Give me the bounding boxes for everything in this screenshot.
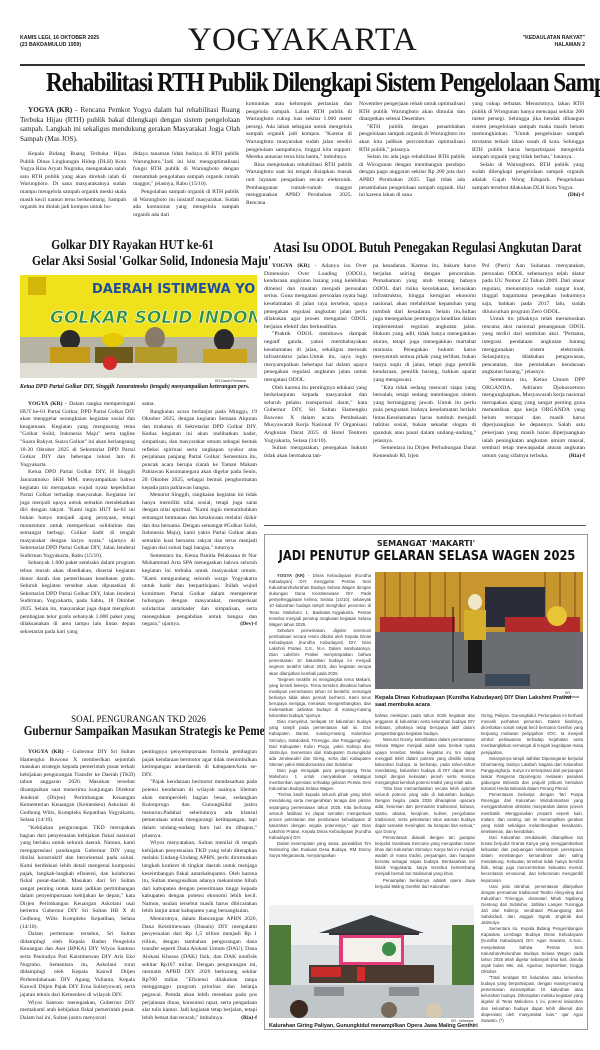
paragraph: Pol (Purn) Aan Suhanan menyatakan, perso… [482, 263, 585, 316]
paragraph: Sementara itu, Ketua Umum DPP ORGANDA, A… [482, 377, 585, 461]
main-headline: Rehabilitasi RTH Publik Dilengkapi Siste… [46, 67, 600, 98]
paragraph: Selain itu ada juga rehabilitasi RTH pub… [359, 154, 465, 200]
paragraph: "Kita bisa memanfaatkan secara lebih opt… [375, 786, 475, 835]
paragraph: Menurutnya, dalam Rancangan APBN 2026, D… [142, 916, 257, 1022]
paragraph-text: - Adanya isu Over Dimension Over Loading… [264, 263, 367, 330]
paragraph: Rina menjelaskan rehabilitasi RTH publik… [246, 162, 352, 208]
makarti-advertorial-box: SEMANGAT 'MAKARTI' JADI PENUTUP GELARAN … [264, 534, 588, 1030]
golkar-photo: DAERAH ISTIMEWA YO GOLKAR SOLID INDONES [20, 275, 257, 378]
paper-name: "KEDAULATAN RAKYAT" [523, 35, 585, 42]
tkd-col-1: YOGYA (KR) - Gubernur DIY Sri Sultan Ham… [20, 749, 135, 1022]
tkd-headline: Gubernur Sampaikan Masukan Strategis ke … [24, 724, 254, 740]
dateline: YOGYA (KR) [272, 263, 310, 269]
paragraph: "RTH publik dengan penambahan pengelolaa… [359, 124, 465, 154]
main-col-1: Kepala Bidang Ruang Terbuka Hijau Publik… [20, 151, 126, 212]
main-col-2: didaya tanaman lidah budaya di RTH publi… [133, 151, 239, 219]
tkd-kicker: SOAL PENGURANGAN TKD 2026 [20, 714, 257, 724]
odol-col-2: pa kesadaran. Karena itu, hukum harus be… [373, 263, 476, 460]
paragraph: Rangkaian acara berlanjut pada Minggu, 1… [142, 409, 257, 493]
section-title: YOGYAKARTA [20, 22, 585, 58]
author-sign: (Dev)-f [232, 621, 257, 629]
makarti-kicker: SEMANGAT 'MAKARTI' [265, 539, 587, 548]
paragraph: "Kita tidak sedang mencari siapa yang be… [373, 385, 476, 446]
svg-text:DAERAH ISTIMEWA YO: DAERAH ISTIMEWA YO [92, 282, 255, 297]
author-sign: (Ria)-f [233, 1015, 257, 1023]
dateline: YOGYA (KR) [28, 749, 64, 755]
paragraph: Pementasan berlanjut dengan Tari Puspa R… [481, 792, 583, 835]
speech-stage-image [375, 572, 583, 689]
dateline: YOGYA (KR) [28, 106, 72, 114]
paragraph: November pengerjaan rehab untuk optimali… [359, 101, 465, 124]
dateline: YOGYA (KR) [277, 573, 304, 578]
paragraph: Sementara itu, Ketua Panitia Pelaksana d… [142, 553, 257, 629]
paragraph: Sementara itu Dirjen Perhubungan Darat K… [373, 445, 476, 460]
paragraph-text: Sementara itu, Ketua Umum DPP ORGANDA, A… [482, 377, 585, 459]
paragraph-text: - Gubernur DIY Sri Sultan Hamengku Buwon… [20, 749, 135, 823]
paragraph: Dari Kalurahan Jerukwudel, ditampilkan t… [481, 835, 583, 884]
makarti-col-3: Giring, Paliyan, Gunungkidul. Pertunjuka… [481, 713, 583, 1024]
photo-caption: Kepala Dinas Kebudayaan (Kundha Kabudaya… [375, 695, 583, 709]
section-divider [264, 525, 586, 526]
paragraph: Menurut Singgih, rangkaian kegiatan ini … [142, 492, 257, 553]
paragraph: Wiyos menyatakan, Sultan menilai di teng… [142, 840, 257, 916]
paragraph-text: Selain di Warungboto, RTH publik yang su… [472, 162, 584, 191]
tkd-col-2: pentingnya penyempurnaan formula pembagi… [142, 749, 257, 1022]
paragraph: Sebelum pementasan, digelar seremoni pem… [269, 628, 371, 677]
svg-text:GOLKAR SOLID INDONES: GOLKAR SOLID INDONES [50, 308, 257, 328]
headline-line: Gelar Aksi Sosial 'Golkar Solid, Indones… [32, 254, 233, 270]
press-conference-image: DAERAH ISTIMEWA YO GOLKAR SOLID INDONES [20, 275, 257, 378]
paragraph: Wiyos Santoso menegaskan, Gubernur DIY m… [20, 1000, 135, 1023]
paragraph: "Segmen terakhir ini mengangkat tema Mak… [269, 677, 371, 720]
paragraph: Dalam kesempatan yang sama, perwakilan T… [269, 841, 371, 859]
paragraph: pentingnya penyempurnaan formula pembagi… [142, 749, 257, 779]
paragraph: bahwa meskipun pada tahun 2025 kegiatan … [375, 713, 475, 737]
paragraph: Oleh karena itu pentingnya edukasi yang … [264, 385, 367, 446]
golkar-col-2: sama. Rangkaian acara berlanjut pada Min… [142, 401, 257, 629]
dateline: YOGYA (KR) [28, 401, 62, 407]
paragraph-text: Sementara itu, Ketua Panitia Pelaksana d… [142, 553, 257, 627]
paragraph: "Terima kasih kepada seluruh pihak yang … [269, 792, 371, 841]
golkar-col-1: YOGYA (KR) - Dalam rangka memperingati H… [20, 401, 135, 636]
opera-stage-image [269, 905, 474, 1018]
paragraph: "Pajak kendaraan bermotor mendasarkan pa… [142, 779, 257, 840]
paragraph-text: Menurutnya, dalam Rancangan APBN 2026, D… [142, 916, 257, 1021]
makarti-headline: JADI PENUTUP GELARAN SELASA WAGEN 2025 [267, 549, 587, 564]
photo-caption: Ketua DPD Partai Golkar DIY, Singgih Jan… [20, 384, 257, 391]
paragraph: "Praktik ODOL membawa dampak negatif gan… [264, 331, 367, 384]
paragraph-text: - Dalam rangka memperingati HUT ke-61 Pa… [20, 401, 135, 468]
paragraph: komunitas atau kelompok pertanian dan pe… [246, 101, 352, 162]
page-number: HALAMAN 2 [523, 42, 585, 49]
paragraph: Dian menyebut, terdapat 10 kalurahan bud… [269, 719, 371, 768]
paragraph: Dian juga mengajak para pengunjung Teras… [269, 768, 371, 792]
main-col-4: November pengerjaan rehab untuk optimali… [359, 101, 465, 200]
paragraph: Pengolahan sampah organik di RTH publik … [133, 189, 239, 219]
golkar-headline: Golkar DIY Rayakan HUT ke-61 Gelar Aksi … [32, 238, 233, 270]
paragraph: Sementara itu, Kepala Bidang Pengembanga… [481, 926, 583, 975]
paragraph: Menurut Donny, keterlibatan dalam pement… [375, 737, 475, 786]
paper-info: "KEDAULATAN RAKYAT" HALAMAN 2 [523, 35, 585, 49]
paragraph: Dalam pertemuan tersebut, Sri Sultan did… [20, 931, 135, 999]
paragraph: Giring, Paliyan, Gunungkidul. Pertunjuka… [481, 713, 583, 756]
photo-credit: KR-David Permana [215, 379, 246, 383]
paragraph: sama. [142, 401, 257, 409]
paragraph: Untuk itu pihaknya telah merumuskan renc… [482, 316, 585, 377]
paragraph: Penampilan berikutnya adalah opera Jawa … [375, 878, 475, 890]
masthead-rule [20, 64, 585, 66]
odol-col-1: YOGYA (KR) - Adanya isu Over Dimension O… [264, 263, 367, 460]
paragraph: Usai jeda istirahat, pementasan dilanjut… [481, 884, 583, 927]
makarti-photo-2 [269, 905, 474, 1018]
main-lead: YOGYA (KR) - Rencana Pemkot Yogya dalam … [20, 106, 240, 144]
headline-line: Golkar DIY Rayakan HUT ke-61 [32, 238, 233, 254]
main-col-5: yang cukup terbatas. Menurutnya, lahan R… [472, 101, 584, 200]
masthead: KAMIS LEGI, 16 OKTOBER 2025 (23 BAKDAMUL… [20, 20, 585, 65]
makarti-col-2: bahwa meskipun pada tahun 2025 kegiatan … [375, 713, 475, 890]
author-sign: (Ria)-f [561, 453, 585, 461]
paragraph: "Total terdapat 50 kalurahan atau kelura… [481, 975, 583, 1024]
odol-headline: Atasi Isu ODOL Butuh Penegakan Regulasi … [273, 240, 576, 257]
author-sign: (Dhi)-f [560, 192, 584, 200]
paragraph: Ketua DPD Partai Golkar DIY, H Singgih J… [20, 469, 135, 560]
paragraph: Selain di Warungboto, RTH publik yang su… [472, 162, 584, 192]
main-col-3: komunitas atau kelompok pertanian dan pe… [246, 101, 352, 207]
paragraph: Selanjutnya tampil Jathilan Diponegaran … [481, 756, 583, 793]
photo-caption: Kalurahan Giring Paliyan, Gunungkidul me… [269, 1023, 479, 1030]
odol-col-3: Pol (Purn) Aan Suhanan menyatakan, perso… [482, 263, 585, 460]
paragraph-text: - Dinas Kebudayaan (Kundha Kabudayan) DI… [269, 573, 371, 627]
paragraph: Sebanyak 1.000 paket sembako dalam progr… [20, 560, 135, 636]
paragraph: yang cukup terbatas. Menurutnya, lahan R… [472, 101, 584, 162]
makarti-col-1: YOGYA (KR) - Dinas Kebudayaan (Kundha Ka… [269, 573, 371, 859]
paragraph: didaya tanaman lidah budaya di RTH publi… [133, 151, 239, 189]
paragraph: Sultan mengatakan, penegakan hukum tidak… [264, 445, 367, 460]
makarti-photo-1 [375, 572, 583, 689]
paragraph: Pementasan diawali dengan tari garapan b… [375, 835, 475, 878]
paragraph: "Kebijakan pengurangan TKD merupakan bag… [20, 825, 135, 931]
paragraph: pa kesadaran. Karena itu, hukum harus be… [373, 263, 476, 385]
